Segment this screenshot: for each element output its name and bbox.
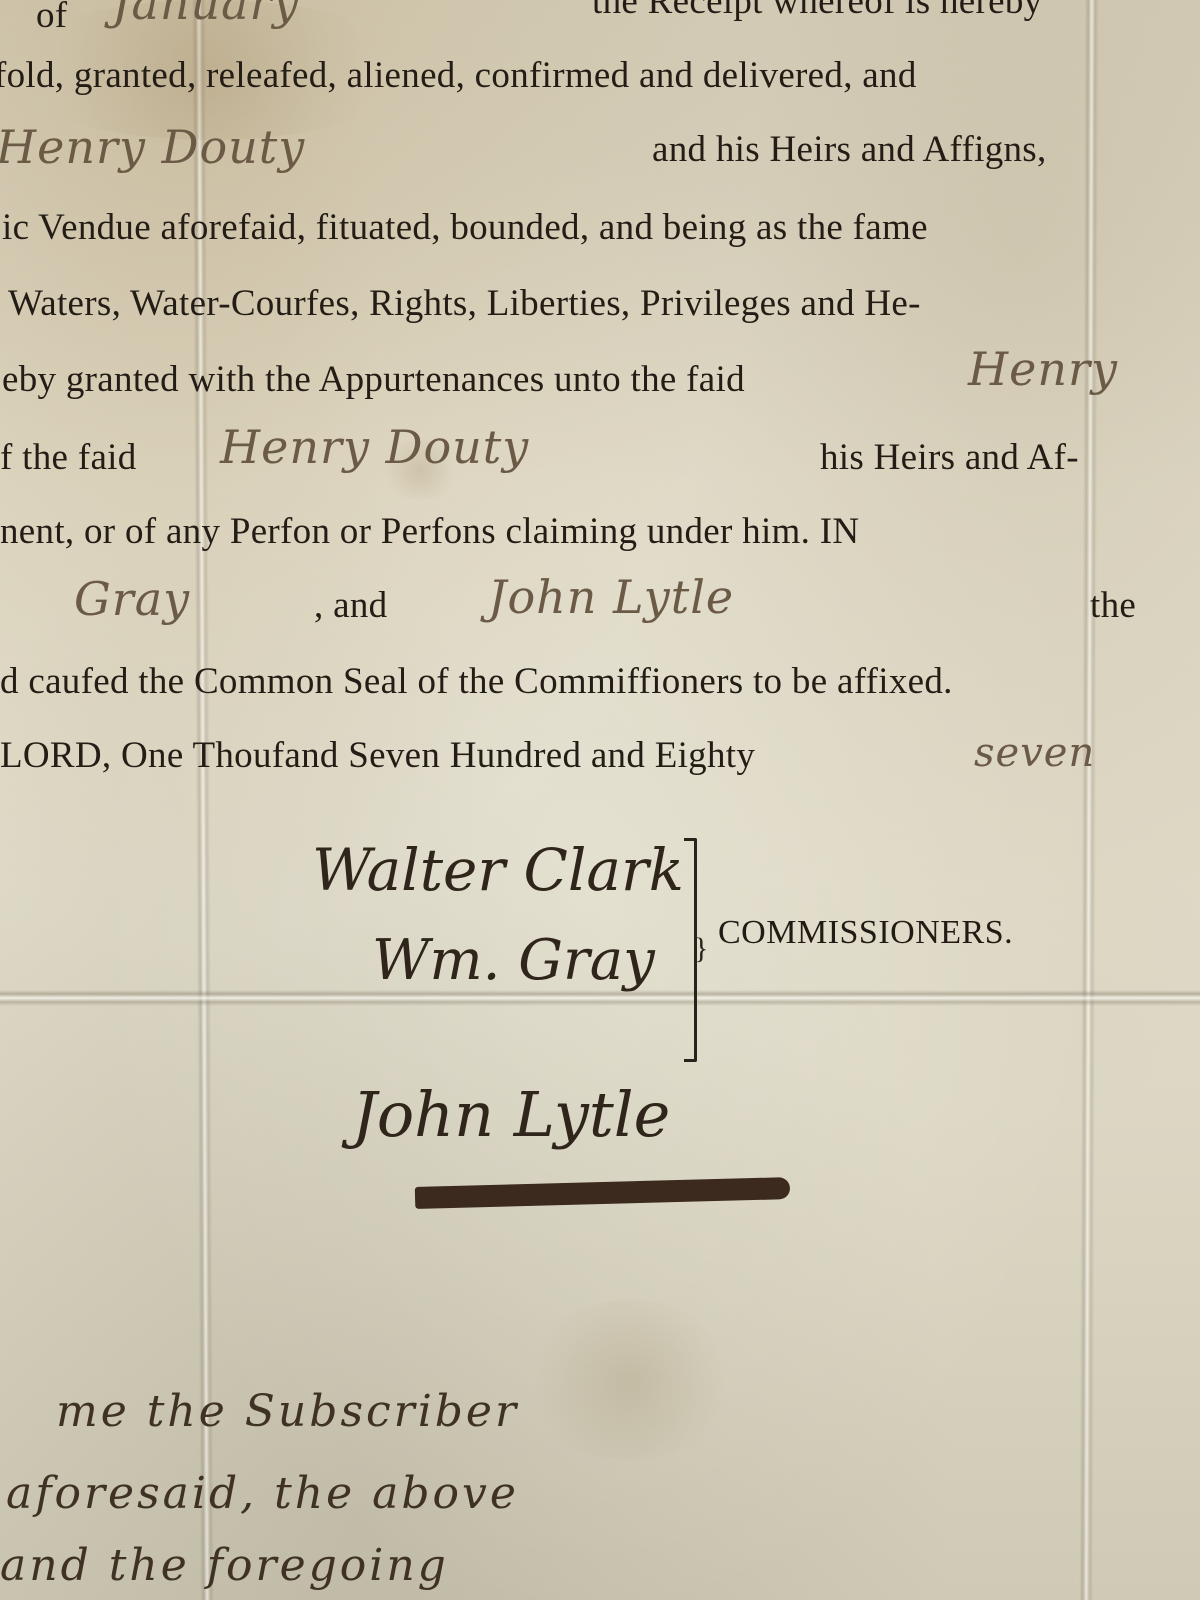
- handwritten-commissioner-name: John Lytle: [488, 570, 734, 624]
- printed-text: f the faid: [0, 436, 137, 479]
- note-line-1: me the Subscriber: [56, 1386, 519, 1437]
- vertical-fold-crease-right: [1079, 0, 1099, 1600]
- note-line-2: aforesaid, the above: [6, 1468, 519, 1519]
- handwritten-grantee-name: Henry Douty: [220, 420, 529, 474]
- note-line-3: and the foregoing: [0, 1540, 449, 1591]
- printed-text: of: [36, 0, 67, 37]
- printed-text: , and: [314, 584, 387, 627]
- printed-text: eby granted with the Appurtenances unto …: [2, 358, 745, 401]
- handwritten-commissioner-name: Gray: [74, 572, 190, 626]
- handwritten-grantee-name: Henry Douty: [0, 120, 305, 174]
- printed-text: nent, or of any Perfon or Perfons claimi…: [0, 510, 859, 553]
- handwritten-grantee-name: Henry: [968, 342, 1118, 396]
- signature-wm-gray: Wm. Gray: [372, 928, 655, 993]
- printed-text: LORD, One Thoufand Seven Hundred and Eig…: [0, 734, 755, 777]
- signature-flourish: [415, 1177, 790, 1209]
- printed-text: ic Vendue aforefaid, fituated, bounded, …: [2, 206, 928, 249]
- paper-stain: [520, 1300, 740, 1460]
- signature-john-lytle: John Lytle: [352, 1078, 670, 1151]
- commissioners-label: COMMISSIONERS.: [718, 914, 1013, 952]
- printed-text: d caufed the Common Seal of the Commiffi…: [0, 660, 953, 703]
- printed-text: the Receipt whereof is hereby: [592, 0, 1042, 23]
- bracket-point: }: [694, 932, 708, 966]
- printed-text: fold, granted, releafed, aliened, confir…: [0, 54, 917, 97]
- printed-text: the: [1090, 584, 1136, 627]
- printed-text: and his Heirs and Affigns,: [652, 128, 1047, 171]
- signature-walter-clark: Walter Clark: [312, 836, 684, 904]
- handwritten-year: seven: [974, 730, 1095, 776]
- printed-text: Waters, Water-Courfes, Rights, Liberties…: [8, 282, 921, 325]
- printed-text: his Heirs and Af-: [820, 436, 1079, 479]
- handwritten-month: January: [112, 0, 300, 30]
